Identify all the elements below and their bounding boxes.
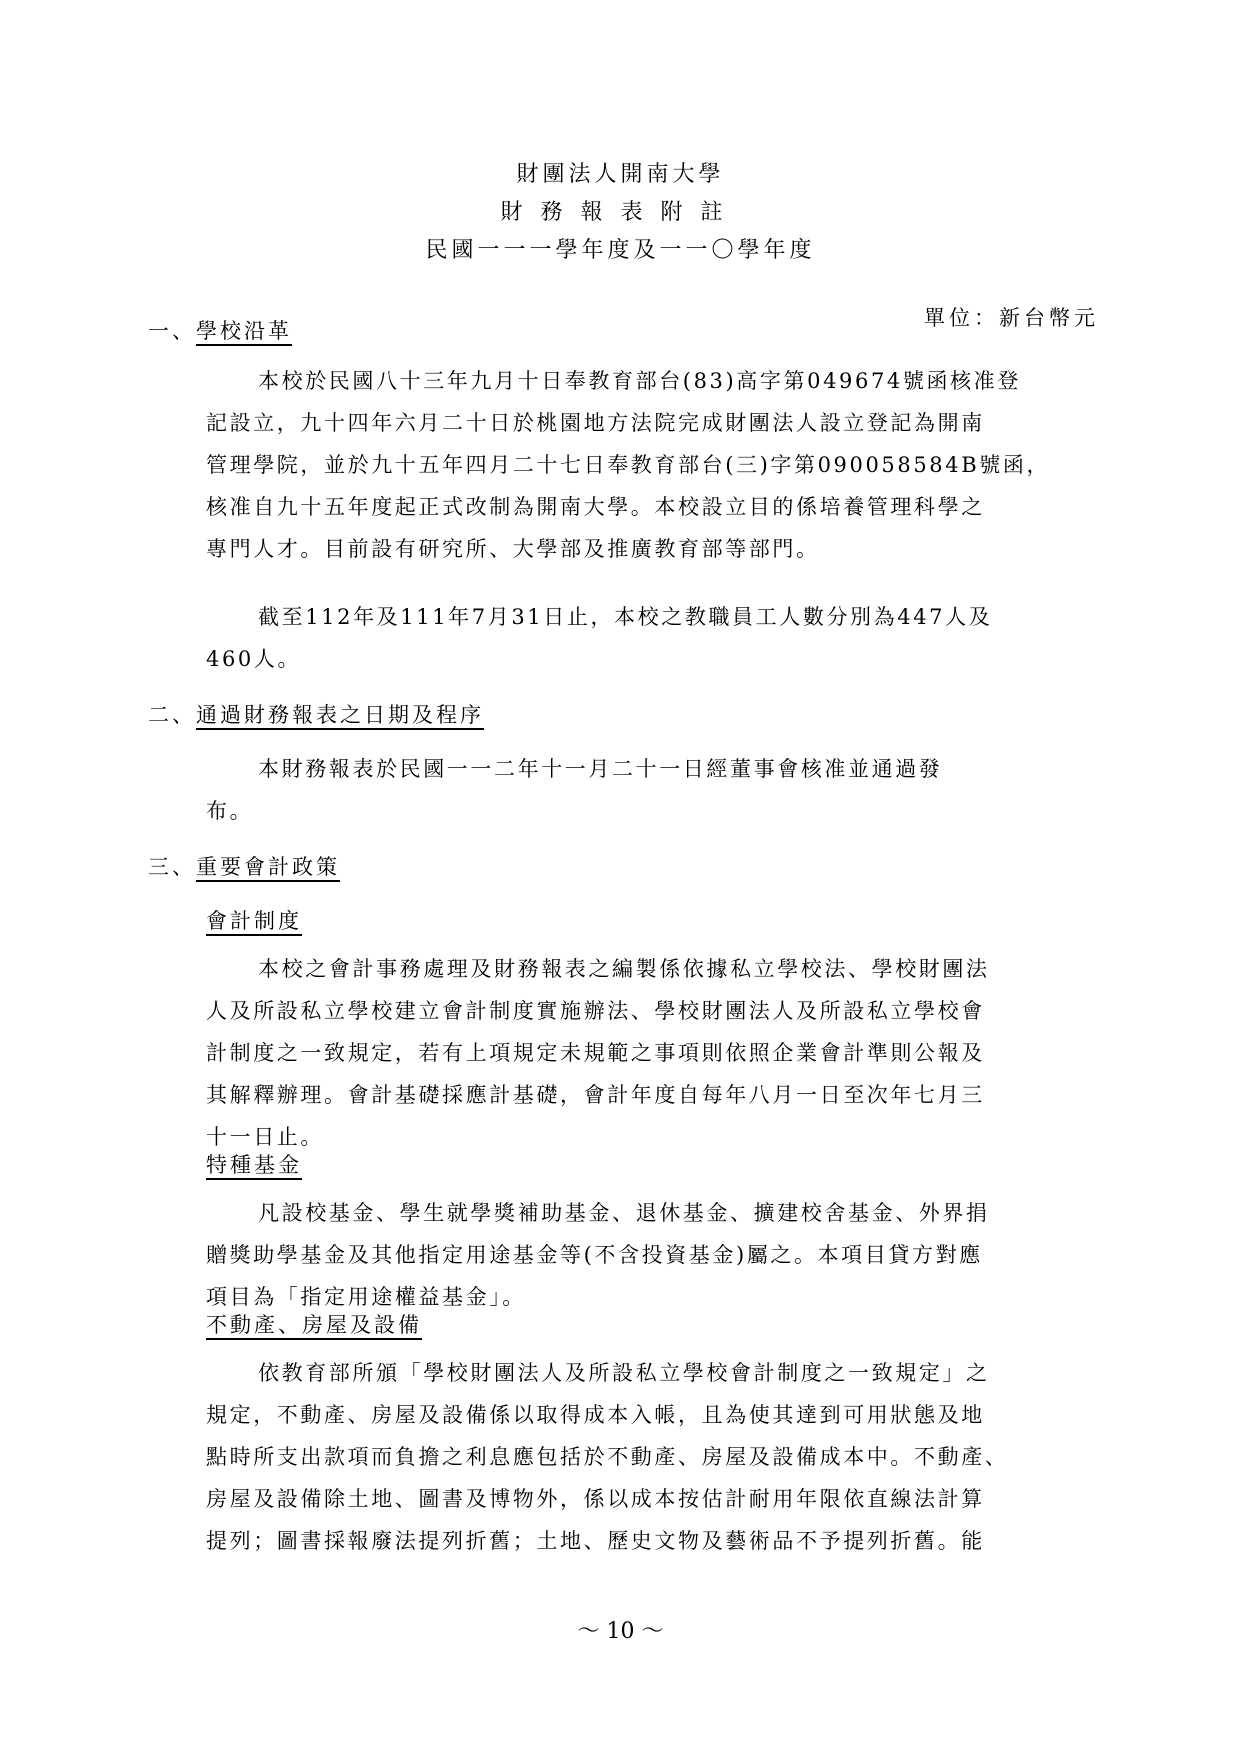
period-title: 民國一一一學年度及一一〇學年度 [0, 236, 1241, 266]
section-heading-approval: 二、通過財務報表之日期及程序 [148, 700, 484, 730]
paragraph-line: 其解釋辦理。會計基礎採應計基礎，會計年度自每年八月一日至次年七月三 [206, 1074, 1086, 1116]
paragraph-property-equipment: 依教育部所頒「學校財團法人及所設私立學校會計制度之一致規定」之 規定，不動產、房… [206, 1352, 1086, 1562]
paragraph-history: 本校於民國八十三年九月十日奉教育部台(83)高字第049674號函核准登 記設立… [206, 360, 1086, 570]
subheading-accounting-system: 會計制度 [206, 906, 302, 936]
paragraph-line: 截至112年及111年7月31日止，本校之教職員工人數分別為447人及 [206, 596, 1086, 638]
paragraph-line: 房屋及設備除土地、圖書及博物外，係以成本按估計耐用年限依直線法計算 [206, 1478, 1086, 1520]
paragraph-line: 提列；圖書採報廢法提列折舊；土地、歷史文物及藝術品不予提列折舊。能 [206, 1520, 1086, 1562]
section-heading-accounting-policies: 三、重要會計政策 [148, 852, 340, 882]
paragraph-line: 本校之會計事務處理及財務報表之編製係依據私立學校法、學校財團法 [206, 948, 1086, 990]
paragraph-line: 專門人才。目前設有研究所、大學部及推廣教育部等部門。 [206, 528, 1086, 570]
paragraph-staff-count: 截至112年及111年7月31日止，本校之教職員工人數分別為447人及 460人… [206, 596, 1086, 680]
section-number: 三、 [148, 855, 196, 879]
paragraph-line: 凡設校基金、學生就學獎補助基金、退休基金、擴建校舍基金、外界捐 [206, 1192, 1086, 1234]
paragraph-line: 計制度之一致規定，若有上項規定未規範之事項則依照企業會計準則公報及 [206, 1032, 1086, 1074]
paragraph-line: 460人。 [206, 638, 1086, 680]
paragraph-line: 核准自九十五年度起正式改制為開南大學。本校設立目的係培養管理科學之 [206, 486, 1086, 528]
document-page: 財團法人開南大學 財務報表附註 民國一一一學年度及一一〇學年度 單位：新台幣元 … [0, 0, 1241, 1755]
page-number: ～ 10 ～ [0, 1617, 1241, 1647]
paragraph-line: 本校於民國八十三年九月十日奉教育部台(83)高字第049674號函核准登 [206, 360, 1086, 402]
paragraph-accounting-system: 本校之會計事務處理及財務報表之編製係依據私立學校法、學校財團法 人及所設私立學校… [206, 948, 1086, 1158]
paragraph-special-funds: 凡設校基金、學生就學獎補助基金、退休基金、擴建校舍基金、外界捐 贈獎助學基金及其… [206, 1192, 1086, 1318]
paragraph-line: 依教育部所頒「學校財團法人及所設私立學校會計制度之一致規定」之 [206, 1352, 1086, 1394]
paragraph-line: 規定，不動產、房屋及設備係以取得成本入帳，且為使其達到可用狀態及地 [206, 1394, 1086, 1436]
subheading-special-funds: 特種基金 [206, 1150, 302, 1180]
section-title: 學校沿革 [196, 319, 292, 343]
section-number: 二、 [148, 703, 196, 727]
section-title: 重要會計政策 [196, 855, 340, 879]
paragraph-line: 點時所支出款項而負擔之利息應包括於不動產、房屋及設備成本中。不動產、 [206, 1436, 1086, 1478]
paragraph-approval: 本財務報表於民國一一二年十一月二十一日經董事會核准並通過發 布。 [206, 748, 1086, 832]
paragraph-line: 布。 [206, 790, 1086, 832]
section-title: 通過財務報表之日期及程序 [196, 703, 484, 727]
paragraph-line: 本財務報表於民國一一二年十一月二十一日經董事會核准並通過發 [206, 748, 1086, 790]
paragraph-line: 記設立，九十四年六月二十日於桃園地方法院完成財團法人設立登記為開南 [206, 402, 1086, 444]
paragraph-line: 管理學院，並於九十五年四月二十七日奉教育部台(三)字第090058584B號函， [206, 444, 1086, 486]
paragraph-line: 人及所設私立學校建立會計制度實施辦法、學校財團法人及所設私立學校會 [206, 990, 1086, 1032]
section-number: 一、 [148, 319, 196, 343]
document-title: 財務報表附註 [0, 198, 1241, 228]
section-heading-history: 一、學校沿革 [148, 316, 292, 346]
paragraph-line: 十一日止。 [206, 1116, 1086, 1158]
subheading-property-equipment: 不動產、房屋及設備 [206, 1310, 422, 1340]
org-title: 財團法人開南大學 [0, 160, 1241, 190]
currency-unit: 單位：新台幣元 [924, 303, 1099, 333]
paragraph-line: 贈獎助學基金及其他指定用途基金等(不含投資基金)屬之。本項目貸方對應 [206, 1234, 1086, 1276]
